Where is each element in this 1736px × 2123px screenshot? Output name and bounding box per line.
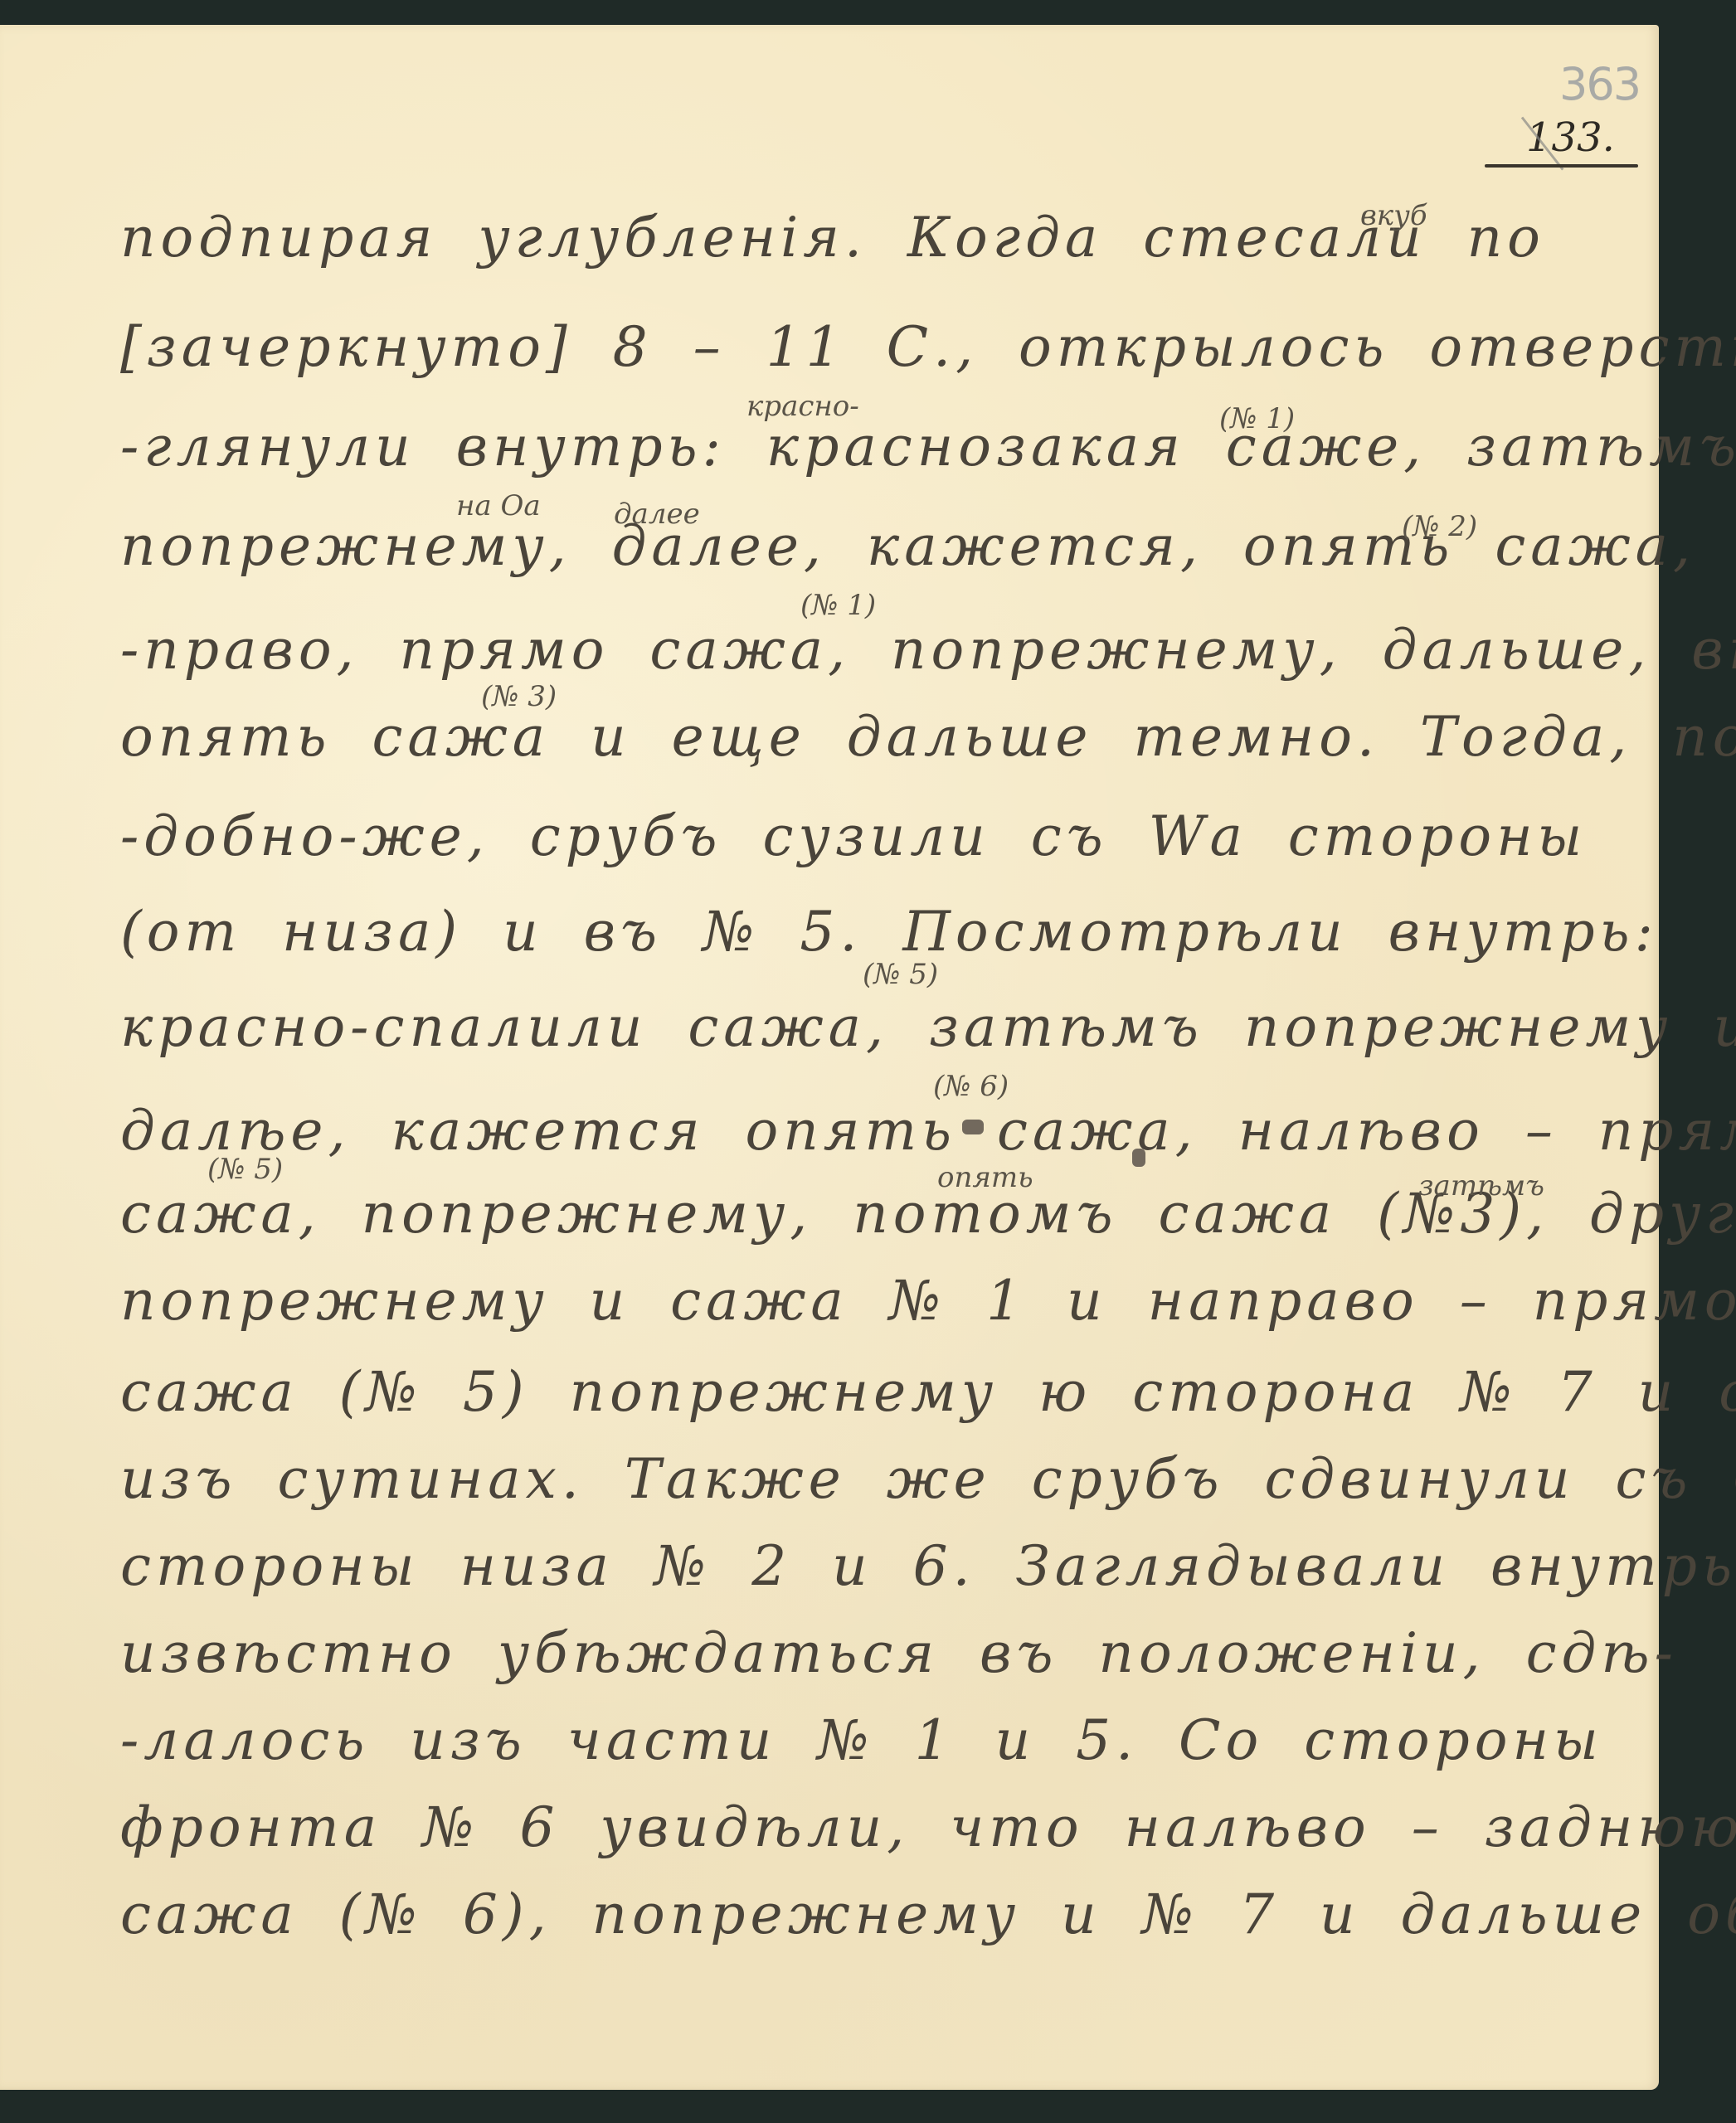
text-line: опять сажа и еще дальше темно. Тогда, по… xyxy=(120,705,1736,769)
ink-blot xyxy=(1132,1149,1145,1167)
text-line: изъ сутинах. Также же срубъ сдвинули съ … xyxy=(120,1447,1736,1511)
text-line: -лалось изъ части № 1 и 5. Со стороны xyxy=(120,1708,1603,1772)
text-line: -право, прямо сажа, попрежнему, дальше, … xyxy=(120,618,1736,682)
interlinear-note: (№ 5) xyxy=(863,958,938,991)
text-line: фронта № 6 увидѣли, что налѣво – заднюю xyxy=(120,1795,1736,1859)
text-line: [зачеркнуто] 8 – 11 С., открылось отверс… xyxy=(120,315,1736,379)
interlinear-note: (№ 6) xyxy=(933,1070,1009,1103)
interlinear-note: (№ 1) xyxy=(1219,402,1295,435)
text-line: сажа (№ 6), попрежнему и № 7 и дальше об… xyxy=(120,1883,1736,1946)
interlinear-note: (№ 3) xyxy=(481,680,557,713)
archive-number: 363 xyxy=(1559,58,1640,110)
text-line: подпирая углубленія. Когда стесали по xyxy=(120,206,1545,270)
text-line: попрежнему, далее, кажется, опять сажа, … xyxy=(120,514,1736,578)
manuscript-page: 363 133. подпирая углубленія. Когда стес… xyxy=(0,25,1659,2090)
text-line: -глянули внутрь: краснозакая саже, затѣм… xyxy=(120,415,1736,479)
text-line: извѣстно убѣждаться въ положеніи, сдѣ- xyxy=(120,1621,1678,1685)
text-line: далѣе, кажется опять сажа, налѣво – прям… xyxy=(120,1099,1736,1163)
interlinear-note: (№ 5) xyxy=(207,1153,283,1186)
interlinear-note: вкуб xyxy=(1360,199,1427,232)
interlinear-note: (№ 1) xyxy=(800,589,876,622)
interlinear-note: (№ 2) xyxy=(1402,510,1477,543)
ink-blot xyxy=(962,1120,984,1134)
text-line: сажа (№ 5) попрежнему ю сторона № 7 и об… xyxy=(120,1360,1736,1424)
page-number-underline xyxy=(1485,164,1638,168)
interlinear-note: затѣмъ xyxy=(1418,1169,1544,1202)
text-line: (от низа) и въ № 5. Посмотрѣли внутрь: xyxy=(120,900,1658,964)
interlinear-note: далее xyxy=(614,498,700,531)
interlinear-note: на Оа xyxy=(456,489,541,522)
interlinear-note: красно- xyxy=(746,390,859,423)
interlinear-note: опять xyxy=(937,1161,1033,1194)
text-line: -добно-же, срубъ сузили съ Wа стороны xyxy=(120,804,1587,868)
text-line: красно-спалили сажа, затѣмъ попрежнему и xyxy=(120,995,1736,1059)
text-line: стороны низа № 2 и 6. Заглядывали внутрь xyxy=(120,1534,1736,1598)
text-line: попрежнему и сажа № 1 и направо – прямо xyxy=(120,1269,1736,1333)
